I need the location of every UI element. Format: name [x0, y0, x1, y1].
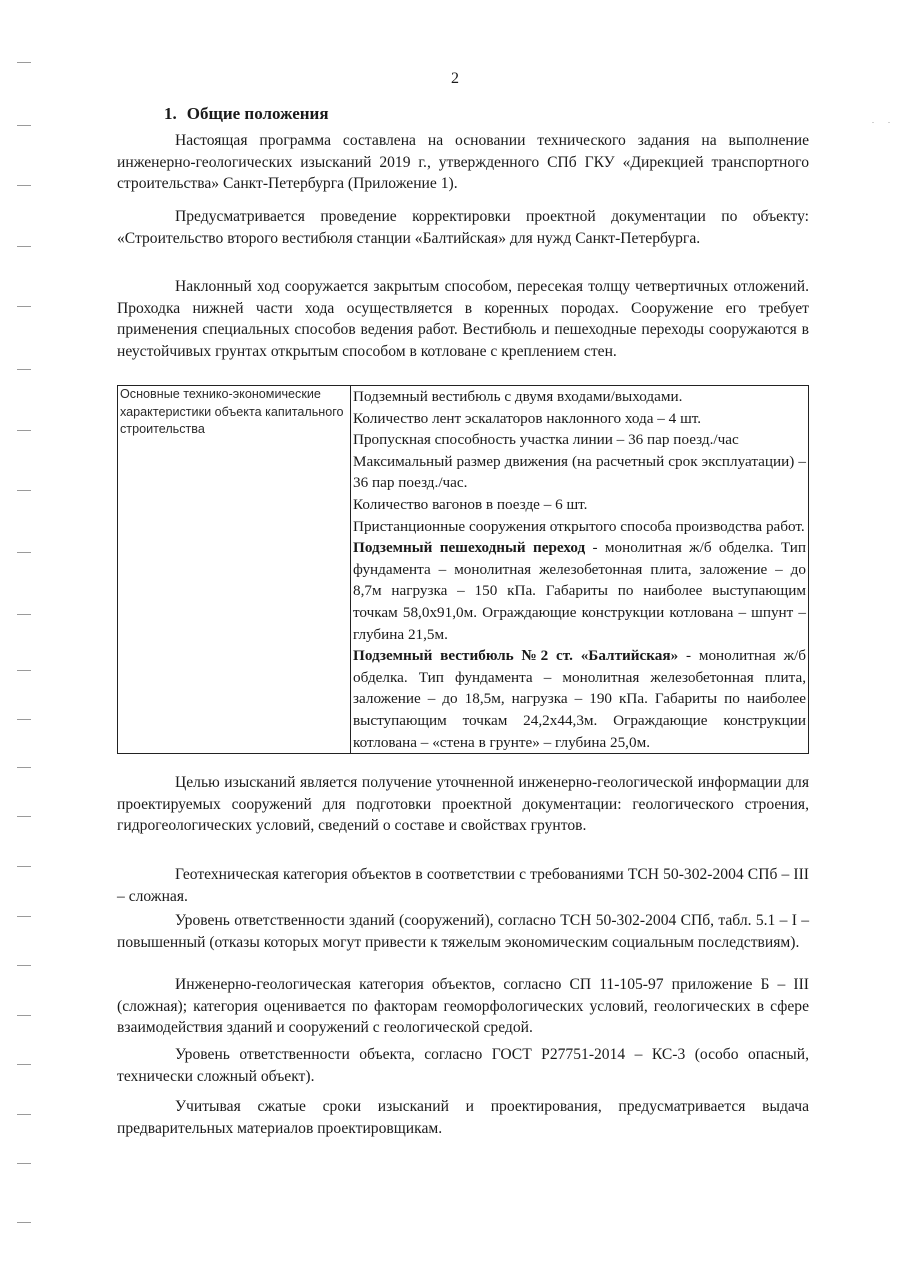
vestibule-title: Подземный вестибюль №2 ст. «Балтийская» [353, 647, 678, 664]
margin-tick [17, 916, 31, 917]
spec-line: Максимальный размер движения (на расчетн… [353, 451, 806, 494]
spec-line: Количество вагонов в поезде – 6 шт. [353, 494, 806, 516]
table-label-cell: Основные технико-экономические характери… [118, 386, 351, 754]
section-heading: 1.Общие положения [164, 104, 329, 124]
binding-margin-marks [0, 0, 40, 1286]
section-number: 1. [164, 104, 177, 123]
table-row: Основные технико-экономические характери… [118, 386, 809, 754]
margin-tick [17, 306, 31, 307]
table-value-cell: Подземный вестибюль с двумя входами/выхо… [351, 386, 809, 754]
paragraph-basis: Настоящая программа составлена на основа… [117, 130, 809, 195]
paragraph-purpose: Целью изысканий является получение уточн… [117, 772, 809, 837]
margin-tick [17, 965, 31, 966]
margin-tick [17, 1015, 31, 1016]
paragraph-object: Предусматривается проведение корректиров… [117, 206, 809, 249]
margin-tick [17, 767, 31, 768]
margin-tick [17, 614, 31, 615]
spec-line: Пропускная способность участка линии – 3… [353, 429, 806, 451]
margin-tick [17, 369, 31, 370]
margin-tick [17, 1222, 31, 1223]
paragraph-construction-method: Наклонный ход сооружается закрытым спосо… [117, 276, 809, 362]
margin-tick [17, 246, 31, 247]
paragraph-engineering-category: Инженерно-геологическая категория объект… [117, 974, 809, 1039]
spec-crossing: Подземный пешеходный переход - монолитна… [353, 537, 806, 645]
paragraph-preliminary-materials: Учитывая сжатые сроки изысканий и проект… [117, 1096, 809, 1139]
section-title: Общие положения [187, 104, 329, 123]
margin-tick [17, 62, 31, 63]
page-number: 2 [0, 70, 910, 88]
paragraph-responsibility-level: Уровень ответственности зданий (сооружен… [117, 910, 809, 953]
scan-artifact: . . [872, 116, 896, 125]
characteristics-table: Основные технико-экономические характери… [117, 385, 809, 754]
margin-tick [17, 185, 31, 186]
spec-vestibule: Подземный вестибюль №2 ст. «Балтийская» … [353, 645, 806, 753]
crossing-title: Подземный пешеходный переход [353, 539, 585, 556]
margin-tick [17, 552, 31, 553]
paragraph-geotech-category: Геотехническая категория объектов в соот… [117, 864, 809, 907]
margin-tick [17, 125, 31, 126]
margin-tick [17, 1114, 31, 1115]
margin-tick [17, 816, 31, 817]
margin-tick [17, 719, 31, 720]
spec-line: Подземный вестибюль с двумя входами/выхо… [353, 386, 806, 408]
margin-tick [17, 866, 31, 867]
margin-tick [17, 670, 31, 671]
margin-tick [17, 490, 31, 491]
spec-line: Пристанционные сооружения открытого спос… [353, 516, 806, 538]
spec-line: Количество лент эскалаторов наклонного х… [353, 408, 806, 430]
margin-tick [17, 1163, 31, 1164]
margin-tick [17, 430, 31, 431]
paragraph-object-responsibility: Уровень ответственности объекта, согласн… [117, 1044, 809, 1087]
margin-tick [17, 1064, 31, 1065]
